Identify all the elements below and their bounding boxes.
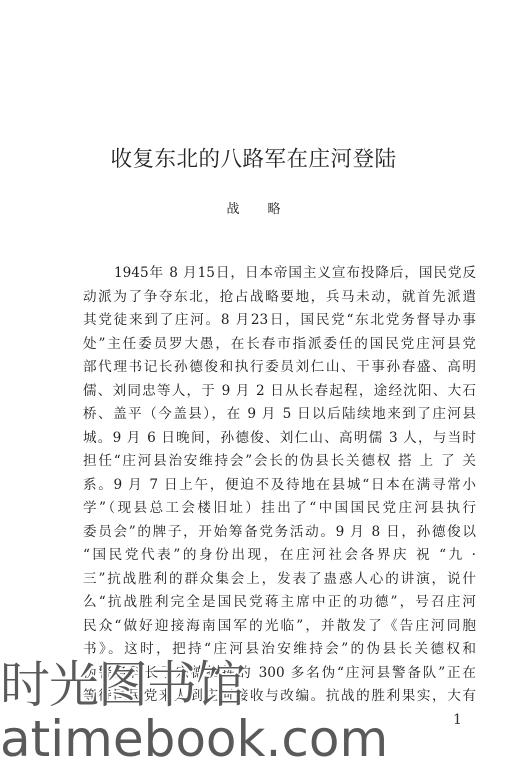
text-line: 学”（现县总工会楼旧址）挂出了“中国国民党庄河县执行 xyxy=(83,497,476,521)
text-line: 1945年 8 月15日，日本帝国主义宣布投降后，国民党反 xyxy=(83,262,476,286)
article-author: 战略 xyxy=(0,201,507,219)
author-char-1: 战 xyxy=(226,201,239,219)
author-char-2: 略 xyxy=(268,201,281,219)
text-line: 系。9 月 7 日上午，便迫不及待地在县城“日本在满寻常小 xyxy=(83,474,476,498)
text-line: 其党徒来到了庄河。8 月23日，国民党“东北党务督导办事 xyxy=(83,309,476,333)
watermark-url: atimebook.com xyxy=(0,711,388,767)
text-line: 三”抗战胜利的群众集会上，发表了蛊惑人心的讲演，说什 xyxy=(83,568,476,592)
text-line: 处”主任委员罗大愚，在长春市指派委任的国民党庄河县党 xyxy=(83,333,476,357)
text-line: 儒、刘同忠等人，于 9 月 2 日从长春起程，途经沈阳、大石 xyxy=(83,380,476,404)
page-number: 1 xyxy=(453,712,462,728)
text-line: “国民党代表”的身份出现，在庄河社会各界庆 祝 “九 · xyxy=(83,544,476,568)
text-line: 担任“庄河县治安维持会”会长的伪县长关德权 搭 上 了 关 xyxy=(83,450,476,474)
text-line: 民众“做好迎接海南国军的光临”，并散发了《告庄河同胞 xyxy=(83,615,476,639)
article-body: 1945年 8 月15日，日本帝国主义宣布投降后，国民党反 动派为了争夺东北，抢… xyxy=(83,262,476,709)
text-line: 城。9 月 6 日晚间，孙德俊、刘仁山、高明儒 3 人，与当时 xyxy=(83,427,476,451)
text-line: 动派为了争夺东北，抢占战略要地，兵马未动，就首先派遣 xyxy=(83,286,476,310)
watermark-chinese: 时光图书馆 xyxy=(0,657,245,713)
text-line: 部代理书记长孙德俊和执行委员刘仁山、干事孙春盛、高明 xyxy=(83,356,476,380)
text-line: 委员会”的牌子，开始筹备党务活动。9 月 8 日，孙德俊以 xyxy=(83,521,476,545)
document-page: 收复东北的八路军在庄河登陆 战略 1945年 8 月15日，日本帝国主义宣布投降… xyxy=(0,0,507,768)
text-line: 么“抗战胜利完全是国民党蒋主席中正的功德”，号召庄河 xyxy=(83,591,476,615)
article-title: 收复东北的八路军在庄河登陆 xyxy=(0,146,507,174)
text-line: 桥、盖平（今盖县），在 9 月 5 日以后陆续地来到了庄河县 xyxy=(83,403,476,427)
